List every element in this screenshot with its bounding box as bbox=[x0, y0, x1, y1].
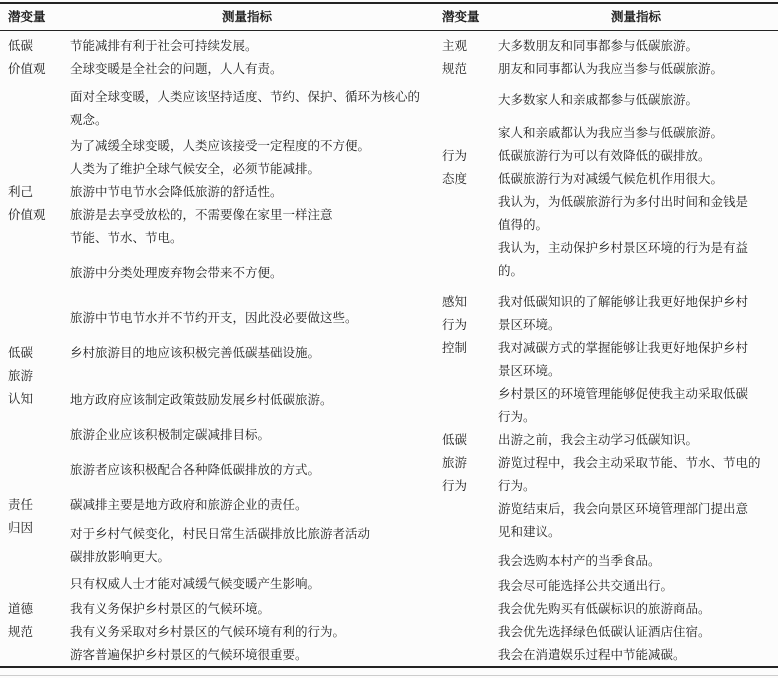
latent-variable-label-line: 低碳 bbox=[442, 429, 498, 452]
indicator-text: 碳减排主要是地方政府和旅游企业的责任。 bbox=[70, 494, 424, 517]
latent-variable-label-line: 责任 bbox=[8, 494, 70, 517]
measurement-scale-table: 潜变量 测量指标 潜变量 测量指标 低碳价值观节能减排有利于社会可持续发展。全球… bbox=[0, 2, 778, 668]
indicator-text: 朋友和同事都认为我应当参与低碳旅游。 bbox=[498, 58, 774, 81]
indicator-text: 我会优先购买有低碳标识的旅游商品。 bbox=[498, 598, 774, 621]
header-right-half: 潜变量 测量指标 bbox=[442, 6, 774, 29]
latent-variable-label-line: 低碳 bbox=[8, 342, 70, 365]
latent-variable-label-line: 归因 bbox=[8, 517, 70, 540]
latent-variable-label-line: 利己 bbox=[8, 181, 70, 204]
indicator-text: 低碳旅游行为对减缓气候危机作用很大。 bbox=[498, 168, 774, 191]
indicator-column-header: 测量指标 bbox=[498, 6, 774, 29]
latent-variable-label: 行为态度 bbox=[442, 145, 498, 283]
indicator-text: 大多数朋友和同事都参与低碳旅游。 bbox=[498, 35, 774, 58]
indicator-list: 大多数朋友和同事都参与低碳旅游。朋友和同事都认为我应当参与低碳旅游。大多数家人和… bbox=[498, 35, 774, 145]
latent-variable-group: 低碳旅游认知乡村旅游目的地应该积极完善低碳基础设施。地方政府应该制定政策鼓励发展… bbox=[8, 342, 424, 482]
latent-variable-group: 行为态度低碳旅游行为可以有效降低的碳排放。低碳旅游行为对减缓气候危机作用很大。我… bbox=[442, 145, 774, 283]
indicator-text: 我会尽可能选择公共交通出行。 bbox=[498, 575, 774, 598]
latent-variable-column-header: 潜变量 bbox=[8, 6, 70, 29]
indicator-list: 乡村旅游目的地应该积极完善低碳基础设施。地方政府应该制定政策鼓励发展乡村低碳旅游… bbox=[70, 342, 424, 482]
indicator-text: 我对低碳知识的了解能够让我更好地保护乡村 景区环境。 bbox=[498, 291, 774, 337]
indicator-text: 为了减缓全球变暖，人类应该接受一定程度的不方便。 bbox=[70, 135, 424, 158]
indicator-text: 人类为了维护全球气候安全，必须节能减排。 bbox=[70, 158, 424, 181]
indicator-text: 旅游者应该积极配合各种降低碳排放的方式。 bbox=[70, 459, 424, 482]
indicator-text: 我对减碳方式的掌握能够让我更好地保护乡村 景区环境。 bbox=[498, 337, 774, 383]
indicator-text: 我会在消遣娱乐过程中节能减碳。 bbox=[498, 644, 774, 667]
latent-variable-group: 利己价值观旅游中节电节水会降低旅游的舒适性。旅游是去享受放松的，不需要像在家里一… bbox=[8, 181, 424, 330]
indicator-text: 乡村旅游目的地应该积极完善低碳基础设施。 bbox=[70, 342, 424, 365]
latent-variable-label-line: 旅游 bbox=[8, 365, 70, 388]
table-body: 低碳价值观节能减排有利于社会可持续发展。全球变暖是全社会的问题，人人有责。面对全… bbox=[8, 31, 774, 667]
indicator-text: 只有权威人士才能对减缓气候变暖产生影响。 bbox=[70, 573, 424, 596]
indicator-text: 节能减排有利于社会可持续发展。 bbox=[70, 35, 424, 58]
indicator-list: 碳减排主要是地方政府和旅游企业的责任。对于乡村气候变化，村民日常生活碳排放比旅游… bbox=[70, 494, 424, 596]
indicator-text: 低碳旅游行为可以有效降低的碳排放。 bbox=[498, 145, 774, 168]
indicator-text: 旅游中节电节水会降低旅游的舒适性。 bbox=[70, 181, 424, 204]
table-header-row: 潜变量 测量指标 潜变量 测量指标 bbox=[0, 4, 778, 31]
latent-variable-group: 主观规范大多数朋友和同事都参与低碳旅游。朋友和同事都认为我应当参与低碳旅游。大多… bbox=[442, 35, 774, 145]
latent-variable-label: 利己价值观 bbox=[8, 181, 70, 330]
indicator-text: 大多数家人和亲戚都参与低碳旅游。 bbox=[498, 89, 774, 112]
indicator-list: 旅游中节电节水会降低旅游的舒适性。旅游是去享受放松的，不需要像在家里一样注意 节… bbox=[70, 181, 424, 330]
indicator-text: 游览过程中，我会主动采取节能、节水、节电的 行为。 bbox=[498, 452, 774, 498]
latent-variable-group: 低碳旅游行为出游之前，我会主动学习低碳知识。游览过程中，我会主动采取节能、节水、… bbox=[442, 429, 774, 667]
indicator-list: 我有义务保护乡村景区的气候环境。我有义务采取对乡村景区的气候环境有利的行为。游客… bbox=[70, 598, 424, 667]
latent-variable-group: 低碳价值观节能减排有利于社会可持续发展。全球变暖是全社会的问题，人人有责。面对全… bbox=[8, 35, 424, 181]
latent-variable-label-line: 价值观 bbox=[8, 58, 70, 81]
latent-variable-label-line: 认知 bbox=[8, 388, 70, 411]
latent-variable-label: 低碳旅游行为 bbox=[442, 429, 498, 667]
latent-variable-label-line: 行为 bbox=[442, 314, 498, 337]
indicator-text: 家人和亲戚都认为我应当参与低碳旅游。 bbox=[498, 122, 774, 145]
latent-variable-label-line: 行为 bbox=[442, 475, 498, 498]
indicator-text: 旅游是去享受放松的，不需要像在家里一样注意 节能、节水、节电。 bbox=[70, 204, 424, 250]
latent-variable-group: 责任归因碳减排主要是地方政府和旅游企业的责任。对于乡村气候变化，村民日常生活碳排… bbox=[8, 494, 424, 596]
latent-variable-label-line: 低碳 bbox=[8, 35, 70, 58]
indicator-list: 节能减排有利于社会可持续发展。全球变暖是全社会的问题，人人有责。面对全球变暖，人… bbox=[70, 35, 424, 181]
latent-variable-label: 低碳价值观 bbox=[8, 35, 70, 181]
latent-variable-label: 责任归因 bbox=[8, 494, 70, 596]
latent-variable-label-line: 控制 bbox=[442, 337, 498, 360]
indicator-text: 地方政府应该制定政策鼓励发展乡村低碳旅游。 bbox=[70, 389, 424, 412]
indicator-text: 面对全球变暖，人类应该坚持适度、节约、保护、循环为核心的 观念。 bbox=[70, 86, 424, 132]
latent-variable-label-line: 主观 bbox=[442, 35, 498, 58]
column-gap bbox=[424, 33, 442, 667]
indicator-list: 低碳旅游行为可以有效降低的碳排放。低碳旅游行为对减缓气候危机作用很大。我认为，为… bbox=[498, 145, 774, 283]
indicator-list: 我对低碳知识的了解能够让我更好地保护乡村 景区环境。我对减碳方式的掌握能够让我更… bbox=[498, 291, 774, 429]
indicator-text: 游客普遍保护乡村景区的气候环境很重要。 bbox=[70, 644, 424, 667]
latent-variable-label-line: 行为 bbox=[442, 145, 498, 168]
indicator-text: 我有义务采取对乡村景区的气候环境有利的行为。 bbox=[70, 621, 424, 644]
latent-variable-label: 低碳旅游认知 bbox=[8, 342, 70, 482]
latent-variable-column-header: 潜变量 bbox=[442, 6, 498, 29]
latent-variable-label-line: 道德 bbox=[8, 598, 70, 621]
latent-variable-label-line: 旅游 bbox=[442, 452, 498, 475]
indicator-text: 旅游中节电节水并不节约开支，因此没必要做这些。 bbox=[70, 307, 424, 330]
indicator-text: 我认为，为低碳旅游行为多付出时间和金钱是 值得的。 bbox=[498, 191, 774, 237]
bottom-thin-rule bbox=[0, 675, 778, 676]
latent-variable-label: 感知行为控制 bbox=[442, 291, 498, 429]
indicator-text: 旅游企业应该积极制定碳减排目标。 bbox=[70, 424, 424, 447]
indicator-text: 全球变暖是全社会的问题，人人有责。 bbox=[70, 58, 424, 81]
latent-variable-label-line: 态度 bbox=[442, 168, 498, 191]
indicator-text: 我有义务保护乡村景区的气候环境。 bbox=[70, 598, 424, 621]
latent-variable-label: 道德规范 bbox=[8, 598, 70, 667]
header-left-half: 潜变量 测量指标 bbox=[8, 6, 424, 29]
indicator-column-header: 测量指标 bbox=[70, 6, 424, 29]
latent-variable-group: 感知行为控制我对低碳知识的了解能够让我更好地保护乡村 景区环境。我对减碳方式的掌… bbox=[442, 291, 774, 429]
latent-variable-label-line: 感知 bbox=[442, 291, 498, 314]
latent-variable-label-line: 价值观 bbox=[8, 204, 70, 227]
table-column-right: 主观规范大多数朋友和同事都参与低碳旅游。朋友和同事都认为我应当参与低碳旅游。大多… bbox=[442, 33, 774, 667]
indicator-text: 对于乡村气候变化，村民日常生活碳排放比旅游者活动 碳排放影响更大。 bbox=[70, 523, 424, 569]
indicator-text: 我会选购本村产的当季食品。 bbox=[498, 550, 774, 573]
latent-variable-group: 道德规范我有义务保护乡村景区的气候环境。我有义务采取对乡村景区的气候环境有利的行… bbox=[8, 598, 424, 667]
indicator-text: 乡村景区的环境管理能够促使我主动采取低碳 行为。 bbox=[498, 383, 774, 429]
indicator-text: 游览结束后，我会向景区环境管理部门提出意 见和建议。 bbox=[498, 498, 774, 544]
indicator-text: 出游之前，我会主动学习低碳知识。 bbox=[498, 429, 774, 452]
indicator-list: 出游之前，我会主动学习低碳知识。游览过程中，我会主动采取节能、节水、节电的 行为… bbox=[498, 429, 774, 667]
indicator-text: 我认为，主动保护乡村景区环境的行为是有益 的。 bbox=[498, 237, 774, 283]
latent-variable-label-line: 规范 bbox=[442, 58, 498, 81]
table-column-left: 低碳价值观节能减排有利于社会可持续发展。全球变暖是全社会的问题，人人有责。面对全… bbox=[8, 33, 424, 667]
latent-variable-label: 主观规范 bbox=[442, 35, 498, 145]
indicator-text: 我会优先选择绿色低碳认证酒店住宿。 bbox=[498, 621, 774, 644]
latent-variable-label-line: 规范 bbox=[8, 621, 70, 644]
indicator-text: 旅游中分类处理废弃物会带来不方便。 bbox=[70, 262, 424, 285]
